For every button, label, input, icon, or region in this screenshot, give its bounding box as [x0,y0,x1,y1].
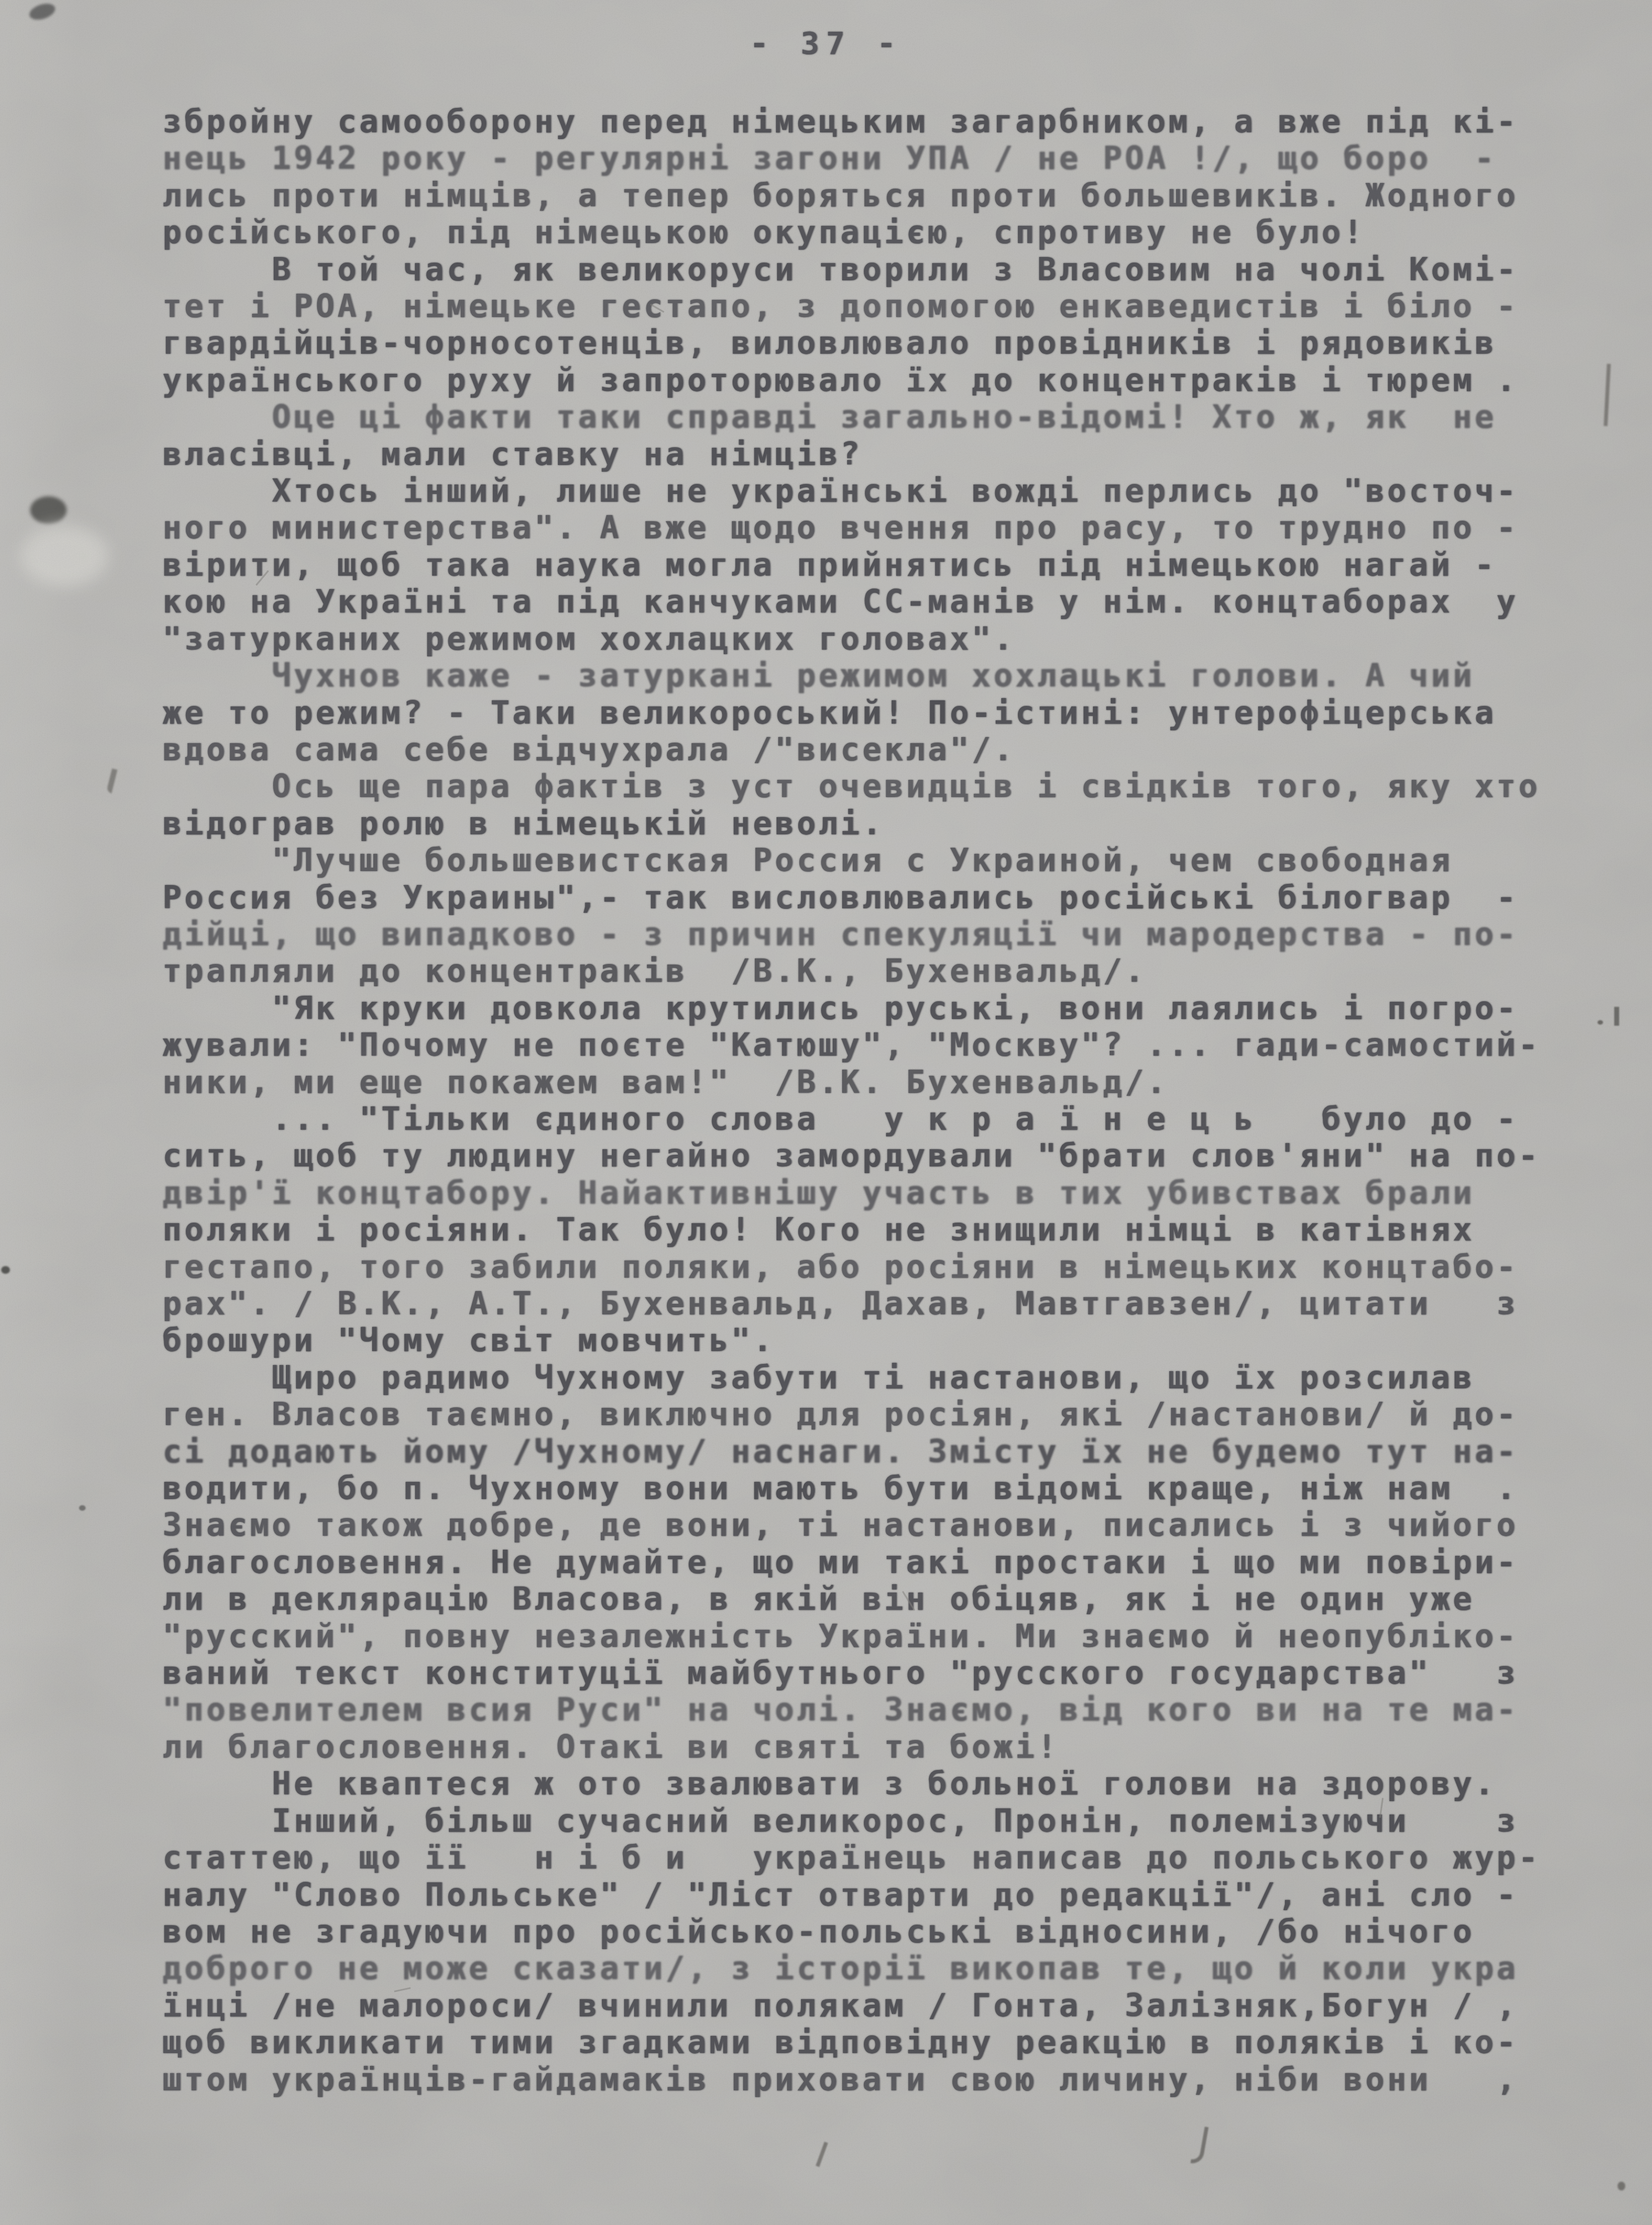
page-number: - 37 - [0,26,1652,62]
text-line: Чухнов каже - затуркані режимом хохлацьк… [162,657,1630,694]
text-line: двір'ї концтабору. Найактивнішу участь в… [162,1175,1630,1212]
text-line: налу "Слово Польське" / "Ліст отварти до… [162,1877,1630,1913]
text-line: власівці, мали ставку на німців? [162,436,1630,473]
text-line: "повелителем всия Руси" на чолі. Знаємо,… [162,1692,1630,1728]
text-line: статтею, що її н і б и українець написав… [162,1840,1630,1876]
text-line: ного министерства". А вже щодо вчення пр… [162,510,1630,546]
text-line: гвардійців-чорносотенців, виловлювало пр… [162,325,1630,362]
text-line: вом не згадуючи про російсько-польські в… [162,1913,1630,1950]
text-line: "затурканих режимом хохлацких головах". [162,621,1630,657]
text-line: Знаємо також добре, де вони, ті настанов… [162,1507,1630,1544]
text-line: щоб викликати тими згадками відповідну р… [162,2024,1630,2061]
text-line: ген. Власов таємно, виключно для росіян,… [162,1396,1630,1433]
text-line: "Лучше большевистская Россия с Украиной,… [162,842,1630,879]
text-line: дійці, що випадково - з причин спекуляці… [162,916,1630,953]
text-line: українського руху й запроторювало їх до … [162,362,1630,399]
text-line: благословення. Не думайте, що ми такі пр… [162,1544,1630,1581]
text-line: В той час, як великоруси творили з Власо… [162,251,1630,288]
text-line: ваний текст конституції майбутнього "рус… [162,1655,1630,1692]
ink-speck-bottom-right [1618,2182,1625,2191]
ink-curl-bottom [1190,2125,1209,2165]
text-line: трапляли до концентраків /В.К., Бухенвал… [162,953,1630,990]
scanned-document-page: - 37 - збройну самооборону перед німецьк… [0,0,1652,2225]
text-line: збройну самооборону перед німецьким зага… [162,103,1630,140]
text-line: гестапо, того забили поляки, або росіяни… [162,1249,1630,1285]
text-line: Не кваптеся ж ото звалювати з больної го… [162,1766,1630,1802]
text-line: "русский", повну незалежність України. М… [162,1618,1630,1655]
text-line: Хтось інший, лише не українські вожді пе… [162,473,1630,510]
text-line: жували: "Почому не поєте "Катюшу", "Моск… [162,1027,1630,1064]
text-line: брошури "Чому світ мовчить". [162,1322,1630,1359]
typewritten-text: збройну самооборону перед німецьким зага… [162,103,1630,2098]
text-line: відограв ролю в німецькій неволі. [162,805,1630,842]
ink-speck-left [79,1505,86,1511]
text-line: вдова сама себе відчухрала /"висекла"/. [162,731,1630,768]
ink-slash-bottom [815,2142,828,2167]
text-line: Ось ще пара фактів з уст очевидців і сві… [162,768,1630,805]
text-line: же то режим? - Таки великороський! По-іс… [162,695,1630,731]
ink-smudge-top-left [27,1,57,23]
text-line: Россия без Украины",- так висловлювались… [162,879,1630,916]
text-line: сі додають йому /Чухному/ наснаги. Зміст… [162,1433,1630,1470]
text-line: ли в деклярацію Власова, в якій він обіц… [162,1581,1630,1618]
ink-blob-left-margin [30,496,67,524]
text-line: Щиро радимо Чухному забути ті настанови,… [162,1359,1630,1396]
text-line: ... "Тільки єдиного слова у к р а ї н е … [162,1101,1630,1138]
ink-speck-left-edge [1,1266,10,1274]
text-line: вірити, щоб така наука могла прийнятись … [162,547,1630,584]
text-line: ники, ми еще покажем вам!" /В.К. Бухенва… [162,1064,1630,1101]
text-line: штом українців-гайдамаків приховати свою… [162,2061,1630,2098]
text-line: Інший, більш сучасний великорос, Пронін,… [162,1803,1630,1840]
text-line: ли благословення. Отакі ви святі та божі… [162,1729,1630,1766]
text-line: рах". / В.К., А.Т., Бухенвальд, Дахав, М… [162,1285,1630,1322]
text-line: нець 1942 року - регулярні загони УПА / … [162,140,1630,177]
text-line: Оце ці факти таки справді загально-відом… [162,399,1630,436]
text-line: лись проти німців, а тепер боряться прот… [162,177,1630,214]
text-line: російського, під німецькою окупацією, сп… [162,214,1630,251]
ink-mark-left [106,768,117,793]
text-line: кою на Україні та під канчуками СС-манів… [162,584,1630,620]
text-line: їнці /не малороси/ вчинили полякам / Гон… [162,1987,1630,2024]
text-line: сить, щоб ту людину негайно замордували … [162,1138,1630,1174]
text-line: "Як круки довкола крутились руські, вони… [162,990,1630,1027]
paper-stain-left-margin [20,525,109,586]
text-line: тет і РОА, німецьке гестапо, з допомогою… [162,288,1630,325]
text-line: доброго не може сказати/, з історії вико… [162,1950,1630,1987]
text-line: водити, бо п. Чухному вони мають бути ві… [162,1470,1630,1507]
text-line: поляки і росіяни. Так було! Кого не знищ… [162,1212,1630,1248]
